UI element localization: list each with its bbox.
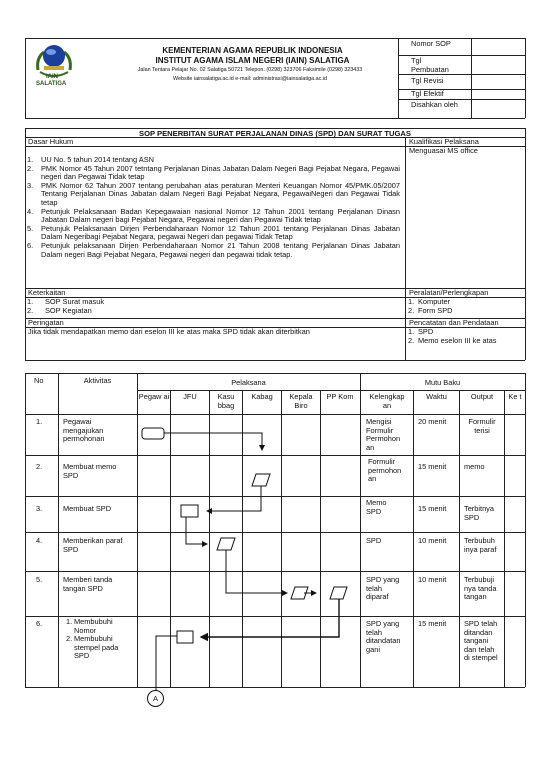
logo-text-salatiga: SALATIGA <box>36 81 66 87</box>
col-header-kepala-biro: Kepala Biro <box>286 393 316 410</box>
col-header-pegawai: Pegaw ai <box>138 393 170 402</box>
col-header-aktivitas: Aktivitas <box>58 377 137 386</box>
row-6-kelengkapan: SPD yang telah ditandatan gani <box>366 620 406 654</box>
dasar-hukum-list: 1.UU No. 5 tahun 2014 tentang ASN 2.PMK … <box>25 156 400 259</box>
row-2-aktivitas: Membuat memo SPD <box>63 463 123 480</box>
meta-tgl-efektif-label: Tgl Efektif <box>411 90 469 99</box>
peralatan-item: 2.Form SPD <box>406 307 524 316</box>
institution-logo: IAIN SALATIGA <box>30 40 78 88</box>
row-2-no: 2. <box>36 463 42 472</box>
col-header-jfu: JFU <box>171 393 209 402</box>
peralatan-list: 1.Komputer 2.Form SPD <box>406 298 524 315</box>
col-header-waktu: Waktu <box>414 393 459 402</box>
institute-address: Jalan Tentara Pelajar No. 02 Salatiga 50… <box>100 67 400 73</box>
dasar-hukum-item: 5.Petunjuk Pelaksanaan Dirjen Perbendaha… <box>25 225 400 242</box>
row-5-waktu: 10 menit <box>418 576 446 585</box>
dasar-hukum-item: 2.PMK Nomor 45 Tahun 2007 tetntang Perja… <box>25 165 400 182</box>
pencatatan-item: 2.Memo eselon III ke atas <box>406 337 524 346</box>
row-6-aktivitas-item: 1.Membubuhi Nomor <box>60 618 132 635</box>
dasar-hukum-item: 3.PMK Nomor 62 Tahun 2007 tentang peruba… <box>25 182 400 208</box>
col-header-pelaksana: Pelaksana <box>137 379 360 388</box>
row-4-aktivitas: Memberikan paraf SPD <box>63 537 129 554</box>
meta-tgl-revisi-label: Tgl Revisi <box>411 77 469 86</box>
row-3-output: Terbitnya SPD <box>464 505 504 522</box>
row-4-no: 4. <box>36 537 42 546</box>
col-header-no: No <box>34 377 43 386</box>
ministry-name: KEMENTERIAN AGAMA REPUBLIK INDONESIA <box>110 46 395 55</box>
institute-website: Website iainsalatiga.ac.id e-mail: admin… <box>100 76 400 82</box>
row-6-waktu: 15 menit <box>418 620 446 629</box>
kualifikasi-value: Menguasai MS office <box>409 147 478 156</box>
connector-label: A <box>148 694 163 703</box>
row-3-aktivitas: Membuat SPD <box>63 505 133 514</box>
col-header-pp-kom: PP Kom <box>325 393 355 402</box>
peringatan-value: Jika tidak mendapatkan memo dari eselon … <box>28 328 398 337</box>
meta-disahkan-label: Disahkan oleh <box>411 101 469 110</box>
row-2-waktu: 15 menit <box>418 463 446 472</box>
row-3-waktu: 15 menit <box>418 505 446 514</box>
logo-text-iain: IAIN <box>46 74 58 80</box>
row-2-output: memo <box>464 463 485 472</box>
row-6-output: SPD telah ditandan tangani dan telah di … <box>464 620 502 663</box>
row-5-aktivitas: Memberi tanda tangan SPD <box>63 576 123 593</box>
offpage-connector-a: A <box>147 690 164 707</box>
row-3-kelengkapan: Memo SPD <box>366 499 394 516</box>
row-5-no: 5. <box>36 576 42 585</box>
row-1-waktu: 20 menit <box>418 418 446 427</box>
row-3-no: 3. <box>36 505 42 514</box>
row-1-output: Formulir terisi <box>462 418 502 435</box>
col-header-output: Output <box>460 393 504 402</box>
col-header-kabag: Kabag <box>243 393 281 402</box>
keterkaitan-item: 2.SOP Kegiatan <box>25 307 225 316</box>
dasar-hukum-item: 6.Petunjuk pelaksanaan Dirjen Perbendaha… <box>25 242 400 259</box>
col-header-kasubbag: Kasu bbag <box>210 393 242 410</box>
keterkaitan-list: 1.SOP Surat masuk 2.SOP Kegiatan <box>25 298 225 315</box>
row-6-aktivitas-list: 1.Membubuhi Nomor 2.Membubuhi stempel pa… <box>60 618 132 661</box>
meta-tgl-pembuatan-label: Tgl Pembuatan <box>411 57 461 74</box>
dasar-hukum-heading: Dasar Hukum <box>28 138 73 147</box>
col-header-mutu-baku: Mutu Baku <box>360 379 525 388</box>
row-2-kelengkapan: Formulir permohon an <box>368 458 410 484</box>
row-6-no: 6. <box>36 620 42 629</box>
row-4-kelengkapan: SPD <box>366 537 381 546</box>
col-header-ket: Ke t <box>508 393 522 402</box>
row-5-output: Terbubuji nya tanda tangan <box>464 576 500 602</box>
pencatatan-list: 1.SPD 2.Memo eselon III ke atas <box>406 328 524 345</box>
row-1-aktivitas: Pegawai mengajukan permohonan <box>63 418 123 444</box>
row-4-waktu: 10 menit <box>418 537 446 546</box>
row-1-no: 1. <box>36 418 42 427</box>
dasar-hukum-item: 4.Petunjuk Pelaksanaan Badan Kepegawaian… <box>25 208 400 225</box>
institute-name: INSTITUT AGAMA ISLAM NEGERI (IAIN) SALAT… <box>110 56 395 65</box>
row-4-output: Terbubuh inya paraf <box>464 537 500 554</box>
row-1-kelengkapan: Mengisi Formulir Permohon an <box>366 418 408 452</box>
row-6-aktivitas-item: 2.Membubuhi stempel pada SPD <box>60 635 132 661</box>
col-header-kelengkapan: Kelengkap an <box>365 393 409 410</box>
row-5-kelengkapan: SPD yang telah diparaf <box>366 576 406 602</box>
meta-nomor-sop-label: Nomor SOP <box>411 40 469 49</box>
